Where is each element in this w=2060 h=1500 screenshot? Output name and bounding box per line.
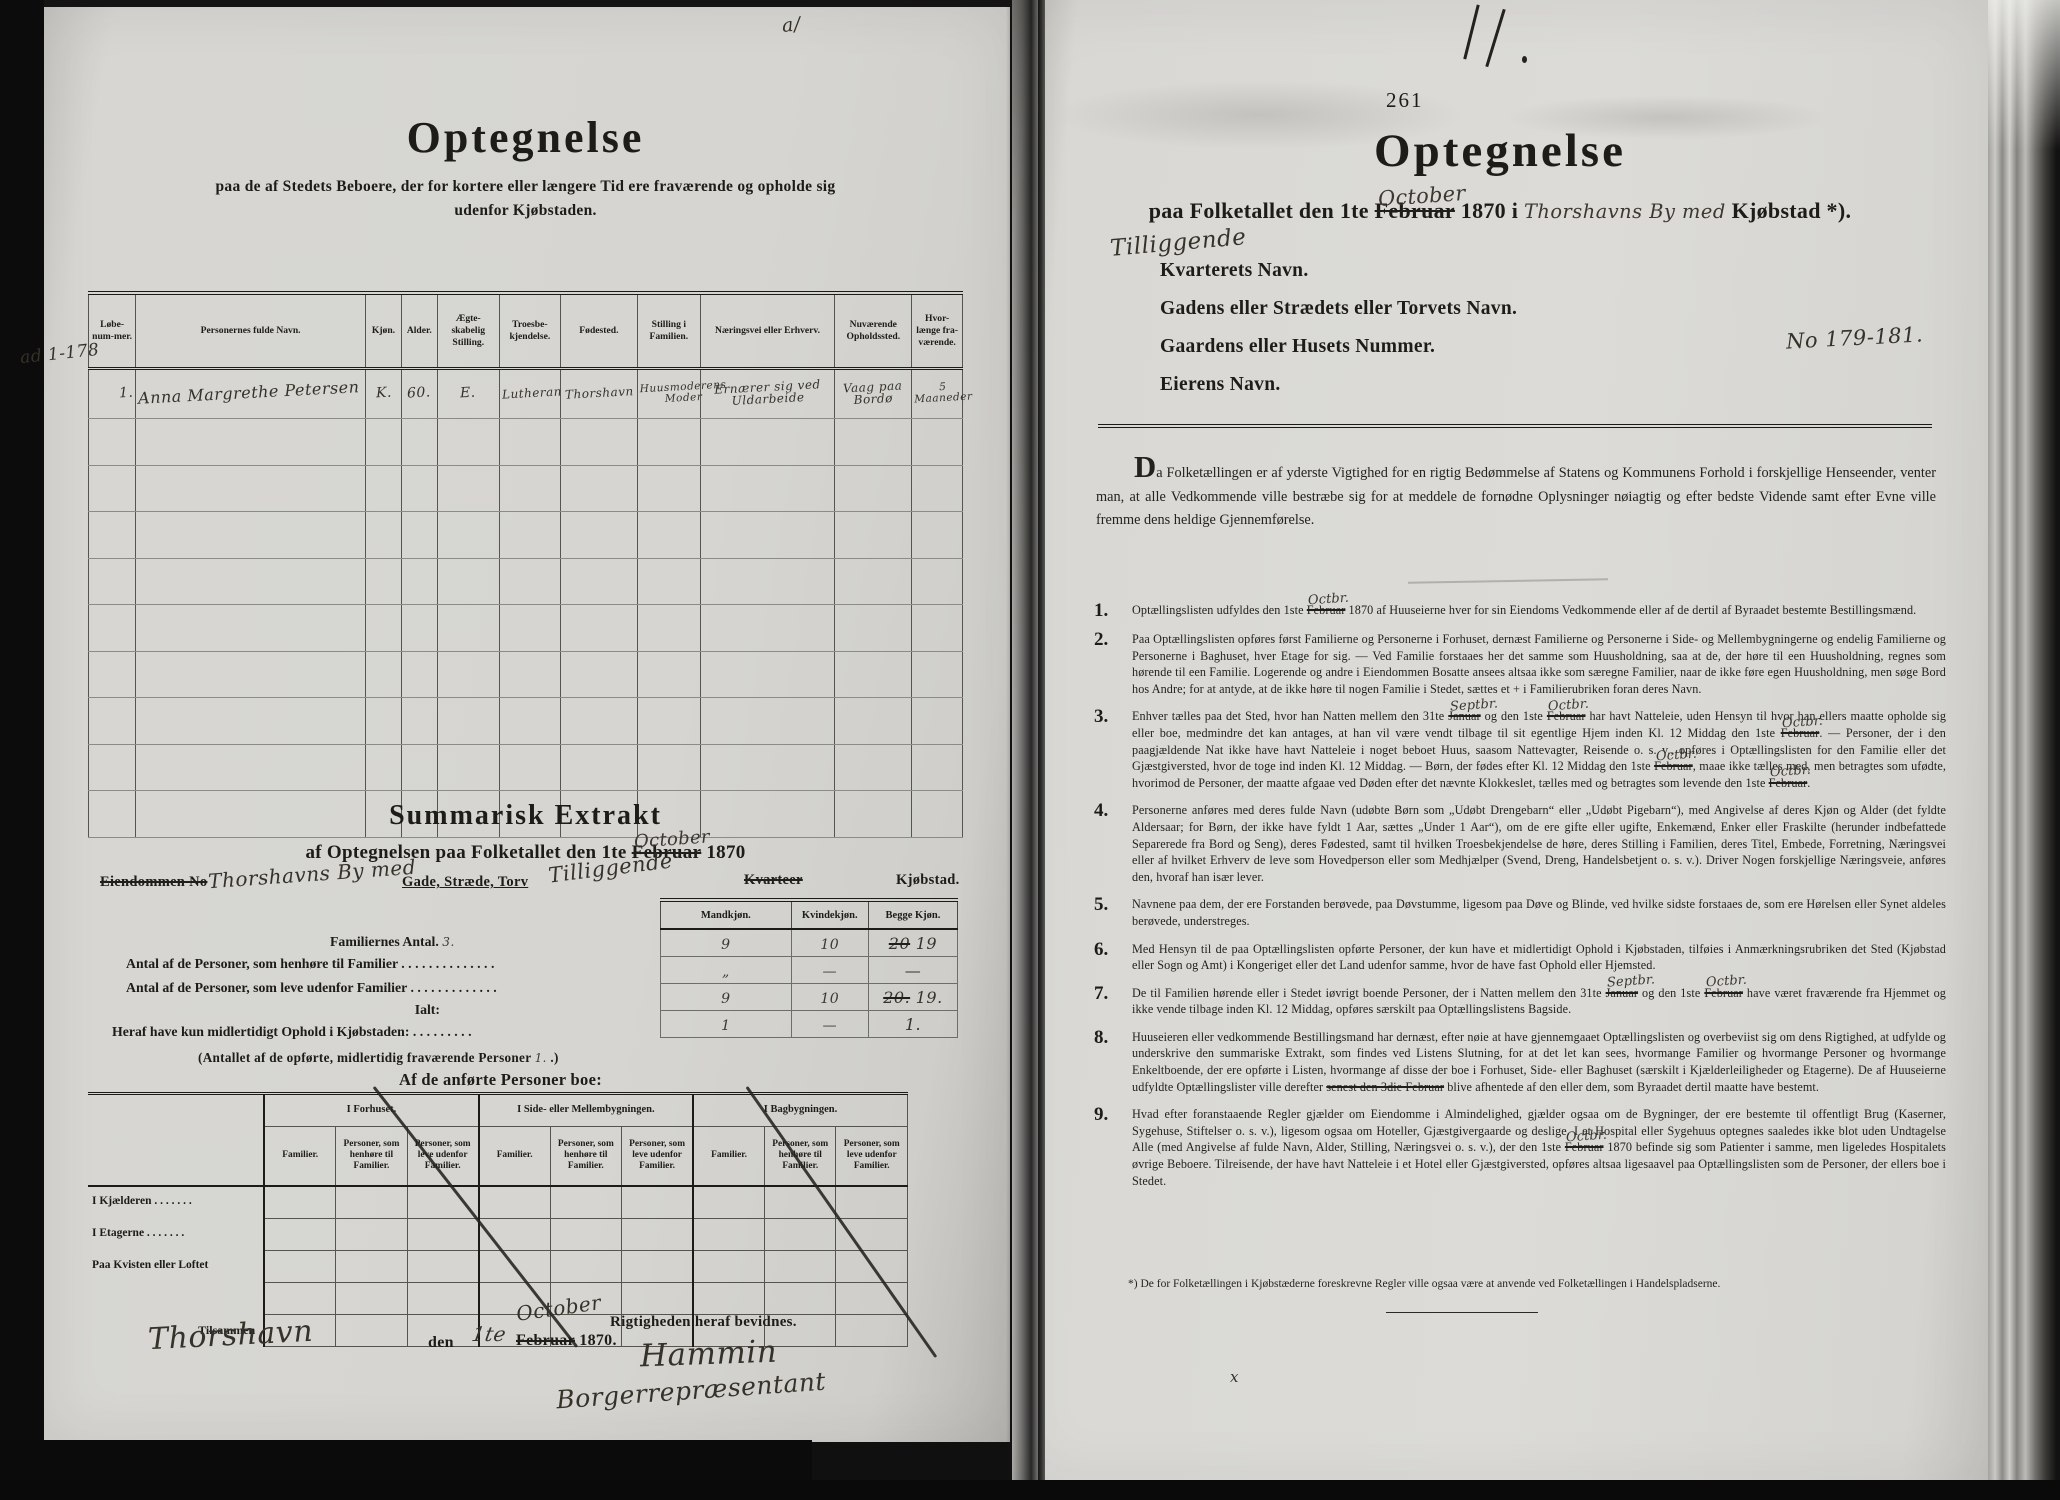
census-empty-cell xyxy=(401,605,437,652)
census-empty-cell xyxy=(560,512,637,559)
housing-cell xyxy=(622,1250,693,1282)
census-empty-cell xyxy=(560,698,637,745)
mini-header-mandkjon: Mandkjøn. xyxy=(661,900,792,929)
date-day-handwritten: 1te xyxy=(470,1322,508,1346)
fold-line xyxy=(1038,0,1045,1486)
census-empty-row xyxy=(89,698,963,745)
census-empty-cell xyxy=(89,698,136,745)
census-empty-cell xyxy=(89,419,136,466)
census-empty-cell xyxy=(835,744,912,791)
housing-cell xyxy=(264,1218,335,1250)
instruction-text: Huuseieren eller vedkommende Bestillings… xyxy=(1132,1029,1946,1095)
census-empty-cell xyxy=(401,558,437,605)
housing-cell xyxy=(407,1218,478,1250)
census-empty-cell xyxy=(835,605,912,652)
housing-cell xyxy=(336,1186,407,1219)
census-header-aegteskabelig: Ægte-skabelig Stilling. xyxy=(437,293,499,369)
left-page-subtitle-line2: udenfor Kjøbstaden. xyxy=(88,202,963,220)
instru ction-number: 3. xyxy=(1094,708,1132,791)
intro-paragraph: Da Folketællingen er af yderste Vigtighe… xyxy=(1096,456,1936,533)
summary-mini-table: Mandkjøn. Kvindekjøn. Begge Kjøn. 9 10 2… xyxy=(660,898,958,1038)
census-empty-cell xyxy=(437,512,499,559)
housing-sub-henhore: Personer, som henhøre til Familier. xyxy=(550,1126,621,1186)
census-empty-cell xyxy=(560,651,637,698)
housing-rowlabel: I Kjælderen . . . . . . . xyxy=(88,1186,264,1219)
census-empty-cell xyxy=(912,744,963,791)
page-number: 261 xyxy=(1386,88,1424,113)
census-empty-cell xyxy=(700,605,835,652)
census-empty-cell xyxy=(835,419,912,466)
mini-header-row: Mandkjøn. Kvindekjøn. Begge Kjøn. xyxy=(661,900,958,929)
census-empty-cell xyxy=(637,512,700,559)
extract-subtitle: af Optegnelsen paa Folketallet den 1te O… xyxy=(88,842,963,864)
housing-group-forhuset: I Forhuset. xyxy=(264,1094,478,1127)
census-table: Løbe-num-mer. Personernes fulde Navn. Kj… xyxy=(88,291,963,838)
instruction-text: Paa Optællingslisten opføres først Famil… xyxy=(1132,631,1946,697)
mini-header-beggekjon: Begge Kjøn. xyxy=(868,900,957,929)
instruction-text: Med Hensyn til de paa Optællingslisten o… xyxy=(1132,941,1946,974)
census-empty-cell xyxy=(89,744,136,791)
instruction-number: 7. xyxy=(1094,985,1132,1018)
housing-row-kvisten: Paa Kvisten eller Loftet xyxy=(88,1250,908,1282)
housing-heading: Af de anførte Personer boe: xyxy=(63,1070,938,1090)
census-empty-cell xyxy=(637,465,700,512)
census-empty-cell xyxy=(499,419,560,466)
census-empty-cell xyxy=(637,605,700,652)
absent-persons-paren-line: (Antallet af de opførte, midlertidig fra… xyxy=(198,1050,559,1066)
field-eierens-navn: Eierens Navn. xyxy=(1160,374,1281,396)
census-empty-cell xyxy=(136,605,366,652)
housing-cell xyxy=(336,1282,407,1314)
census-empty-cell xyxy=(560,744,637,791)
housing-cell xyxy=(550,1186,621,1219)
instruction-number: 2. xyxy=(1094,631,1132,697)
housing-rowlabel: Paa Kvisten eller Loftet xyxy=(88,1250,264,1282)
instruction-number: 8. xyxy=(1094,1029,1132,1095)
housing-corner-cell xyxy=(88,1126,264,1186)
census-empty-row xyxy=(89,512,963,559)
housing-cell xyxy=(622,1282,693,1314)
scan-bottom-edge xyxy=(0,1480,2060,1500)
census-header-alder: Alder. xyxy=(401,293,437,369)
housing-group-header-row: I Forhuset. I Side- eller Mellembygninge… xyxy=(88,1094,908,1127)
scan-left-edge xyxy=(0,0,44,1500)
census-empty-cell xyxy=(366,605,402,652)
census-empty-cell xyxy=(835,698,912,745)
instruction-item: 4. Personerne anføres med deres fulde Na… xyxy=(1094,802,1946,885)
instruction-item: 6. Med Hensyn til de paa Optællingsliste… xyxy=(1094,941,1946,974)
mini-row-temporary: 1 — 1. xyxy=(661,1011,958,1038)
mini-cell: 1 xyxy=(661,1011,792,1038)
census-empty-cell xyxy=(401,465,437,512)
census-empty-cell xyxy=(437,744,499,791)
census-empty-cell xyxy=(437,651,499,698)
census-empty-cell xyxy=(499,605,560,652)
kvarteer-label-struck: Kvarteer xyxy=(744,872,803,889)
housing-table: I Forhuset. I Side- eller Mellembygninge… xyxy=(88,1092,908,1347)
housing-cell xyxy=(622,1186,693,1219)
mini-row-total: 9 10 20. 19. xyxy=(661,984,958,1011)
census-date-line: paa Folketallet den 1te OctoberFebruar 1… xyxy=(1060,198,1940,224)
census-entry-row: 1. Anna Margrethe Petersen K. 60. E. Lut… xyxy=(89,369,963,419)
census-empty-cell xyxy=(437,558,499,605)
instruction-text: Navnene paa dem, der ere Forstanden berø… xyxy=(1132,896,1946,929)
census-empty-row xyxy=(89,558,963,605)
housing-cell xyxy=(693,1250,764,1282)
left-page-title: Optegnelse xyxy=(88,112,963,163)
housing-rowlabel: I Etagerne . . . . . . . xyxy=(88,1218,264,1250)
instruction-item: 2. Paa Optællingslisten opføres først Fa… xyxy=(1094,631,1946,697)
total-label: Ialt: xyxy=(300,1002,440,1018)
census-empty-cell xyxy=(499,558,560,605)
field-kvarterets-navn: Kvarterets Navn. xyxy=(1160,260,1309,282)
census-header-navn: Personernes fulde Navn. xyxy=(136,293,366,369)
section-rule xyxy=(1098,424,1932,428)
housing-cell xyxy=(765,1218,836,1250)
instructions-list: 1. Optællingslisten udfyldes den 1ste Oc… xyxy=(1094,602,1946,1200)
census-empty-cell xyxy=(637,744,700,791)
census-empty-cell xyxy=(560,558,637,605)
mini-cell: „ xyxy=(661,957,792,984)
date-printed-month-year: Februar 1870. xyxy=(516,1332,617,1350)
entry-absence: 5 Maaneder xyxy=(914,381,973,405)
census-empty-cell xyxy=(366,558,402,605)
census-empty-cell xyxy=(700,512,835,559)
census-body: 1. Anna Margrethe Petersen K. 60. E. Lut… xyxy=(89,369,963,838)
census-empty-cell xyxy=(700,558,835,605)
census-empty-cell xyxy=(89,558,136,605)
census-empty-cell xyxy=(437,698,499,745)
instruction-text: Optællingslisten udfyldes den 1ste Octbr… xyxy=(1132,602,1946,620)
instruction-number: 4. xyxy=(1094,802,1132,885)
census-empty-cell xyxy=(700,465,835,512)
census-empty-cell xyxy=(499,651,560,698)
census-empty-cell xyxy=(912,698,963,745)
instruction-number: 6. xyxy=(1094,941,1132,974)
housing-cell xyxy=(407,1250,478,1282)
census-empty-cell xyxy=(366,419,402,466)
instruction-item: 5. Navnene paa dem, der ere Forstanden b… xyxy=(1094,896,1946,929)
census-empty-cell xyxy=(835,512,912,559)
entry-residence: Vaag paa Bordø xyxy=(837,379,910,407)
census-empty-cell xyxy=(912,651,963,698)
census-empty-cell xyxy=(136,744,366,791)
instruction-item: 8. Huuseieren eller vedkommende Bestilli… xyxy=(1094,1029,1946,1095)
housing-group-bagbygning: I Bagbygningen. xyxy=(693,1094,907,1127)
families-count-line: Familiernes Antal. 3. xyxy=(330,934,455,950)
census-empty-cell xyxy=(437,605,499,652)
instruction-text: Enhver tælles paa det Sted, hvor han Nat… xyxy=(1132,708,1946,791)
housing-sub-udenfor: Personer, som leve udenfor Familier. xyxy=(836,1126,908,1186)
census-empty-row xyxy=(89,465,963,512)
census-header-lobenummer: Løbe-num-mer. xyxy=(89,293,136,369)
census-empty-cell xyxy=(401,744,437,791)
census-empty-cell xyxy=(401,698,437,745)
census-empty-cell xyxy=(366,744,402,791)
housing-cell xyxy=(407,1186,478,1219)
census-empty-cell xyxy=(366,465,402,512)
scanned-census-document: Optegnelse paa de af Stedets Beboere, de… xyxy=(0,0,2060,1500)
census-empty-cell xyxy=(700,651,835,698)
left-page-subtitle-line1: paa de af Stedets Beboere, der for korte… xyxy=(88,178,963,196)
gade-straede-torv-label: Gade, Stræde, Torv xyxy=(402,874,528,891)
census-header-fodested: Fødested. xyxy=(560,293,637,369)
entry-occupation: Ernærer sig ved Uldarbeide xyxy=(702,377,833,408)
census-empty-cell xyxy=(560,605,637,652)
instruction-text: Hvad efter foranstaaende Regler gjælder … xyxy=(1132,1106,1946,1189)
housing-row-blank xyxy=(88,1282,908,1314)
census-empty-cell xyxy=(366,512,402,559)
mini-cell: 10 xyxy=(791,929,868,957)
mini-cell: — xyxy=(868,957,957,984)
page-stack-highlight xyxy=(1988,0,2060,150)
housing-cell xyxy=(336,1314,407,1346)
census-empty-cell xyxy=(401,512,437,559)
mini-cell: — xyxy=(791,957,868,984)
persons-outside-families-line: Antal af de Personer, som leve udenfor F… xyxy=(126,980,497,996)
census-empty-cell xyxy=(366,698,402,745)
mini-header-kvindekjon: Kvindekjøn. xyxy=(791,900,868,929)
census-header-row: Løbe-num-mer. Personernes fulde Navn. Kj… xyxy=(89,293,963,369)
census-empty-cell xyxy=(637,419,700,466)
census-empty-row xyxy=(89,605,963,652)
census-empty-cell xyxy=(136,651,366,698)
census-empty-cell xyxy=(437,419,499,466)
housing-corner-cell xyxy=(88,1094,264,1127)
housing-cell xyxy=(264,1250,335,1282)
housing-cell xyxy=(693,1186,764,1219)
census-empty-cell xyxy=(401,419,437,466)
housing-cell xyxy=(693,1218,764,1250)
housing-cell xyxy=(765,1282,836,1314)
housing-cell xyxy=(622,1218,693,1250)
housing-sub-familier: Familier. xyxy=(479,1126,550,1186)
mini-cell: — xyxy=(791,1011,868,1038)
mini-cell: 10 xyxy=(791,984,868,1011)
mini-cell: 20 19 xyxy=(868,929,957,957)
census-empty-cell xyxy=(499,465,560,512)
housing-cell xyxy=(336,1218,407,1250)
census-empty-cell xyxy=(912,558,963,605)
scan-top-edge xyxy=(44,0,1010,7)
instruction-item: 9. Hvad efter foranstaaende Regler gjæld… xyxy=(1094,1106,1946,1189)
census-empty-cell xyxy=(136,698,366,745)
footnote-rule xyxy=(1386,1312,1538,1313)
census-empty-cell xyxy=(560,419,637,466)
extract-heading: Summarisk Extrakt xyxy=(88,800,963,832)
census-empty-cell xyxy=(499,698,560,745)
mini-cell: 20. 19. xyxy=(868,984,957,1011)
census-empty-cell xyxy=(912,605,963,652)
census-empty-cell xyxy=(89,651,136,698)
field-husets-nummer: Gaardens eller Husets Nummer. xyxy=(1160,336,1435,358)
census-empty-cell xyxy=(89,512,136,559)
census-empty-cell xyxy=(835,465,912,512)
census-empty-row xyxy=(89,651,963,698)
book-gutter-shadow xyxy=(1006,0,1042,1488)
census-empty-cell xyxy=(89,465,136,512)
housing-rowlabel xyxy=(88,1282,264,1314)
bottom-pen-mark: x xyxy=(1230,1368,1239,1386)
temporary-stay-line: Heraf have kun midlertidigt Ophold i Kjø… xyxy=(112,1024,472,1040)
housing-cell xyxy=(550,1250,621,1282)
mini-row-in-families: 9 10 20 19 xyxy=(661,929,958,957)
footnote: *) De for Folketællingen i Kjøbstæderne … xyxy=(1128,1278,1928,1290)
instruction-number: 5. xyxy=(1094,896,1132,929)
housing-cell xyxy=(836,1314,908,1346)
census-empty-cell xyxy=(637,651,700,698)
mini-cell: 9 xyxy=(661,929,792,957)
census-empty-cell xyxy=(401,651,437,698)
census-empty-cell xyxy=(835,651,912,698)
housing-row-kjaelderen: I Kjælderen . . . . . . . xyxy=(88,1186,908,1219)
mini-row-outside-families: „ — — xyxy=(661,957,958,984)
housing-cell xyxy=(407,1282,478,1314)
housing-sub-udenfor: Personer, som leve udenfor Familier. xyxy=(622,1126,693,1186)
instruction-text: De til Familien hørende eller i Stedet i… xyxy=(1132,985,1946,1018)
housing-sub-familier: Familier. xyxy=(693,1126,764,1186)
census-empty-cell xyxy=(89,605,136,652)
mini-cell: 9 xyxy=(661,984,792,1011)
date-den-label: den xyxy=(428,1334,454,1352)
census-empty-cell xyxy=(912,512,963,559)
instruction-item: 7. De til Familien hørende eller i Stede… xyxy=(1094,985,1946,1018)
census-empty-cell xyxy=(560,465,637,512)
instruction-item: 3. Enhver tælles paa det Sted, hvor han … xyxy=(1094,708,1946,791)
census-header-fravaerende: Hvor-længe fra-værende. xyxy=(912,293,963,369)
page-stack-edge xyxy=(1988,0,2060,1500)
census-empty-cell xyxy=(136,558,366,605)
instruction-number: 1. xyxy=(1094,602,1132,620)
census-empty-cell xyxy=(136,465,366,512)
entry-name: Anna Margrethe Petersen xyxy=(138,379,360,407)
census-header-stilling: Stilling i Familien. xyxy=(637,293,700,369)
housing-subheader-row: Familier. Personer, som henhøre til Fami… xyxy=(88,1126,908,1186)
census-header-opholdssted: Nuværende Opholdssted. xyxy=(835,293,912,369)
census-empty-cell xyxy=(437,465,499,512)
housing-cell xyxy=(550,1218,621,1250)
census-empty-cell xyxy=(637,558,700,605)
pen-mark xyxy=(1522,56,1527,63)
census-empty-cell xyxy=(499,744,560,791)
instruction-text: Personerne anføres med deres fulde Navn … xyxy=(1132,802,1946,885)
housing-group-mellembygning: I Side- eller Mellembygningen. xyxy=(479,1094,693,1127)
housing-cell xyxy=(264,1282,335,1314)
census-header-naeringsvei: Næringsvei eller Erhverv. xyxy=(700,293,835,369)
entry-age: 60. xyxy=(407,385,431,400)
entry-marital: E. xyxy=(460,386,476,401)
housing-cell xyxy=(693,1282,764,1314)
census-empty-row xyxy=(89,744,963,791)
census-empty-cell xyxy=(700,698,835,745)
census-header-troesbekjendelse: Troesbe-kjendelse. xyxy=(499,293,560,369)
signer-name-signature: Hammin xyxy=(639,1334,777,1375)
housing-sub-henhore: Personer, som henhøre til Familier. xyxy=(336,1126,407,1186)
mini-cell: 1. xyxy=(868,1011,957,1038)
census-empty-cell xyxy=(700,744,835,791)
census-empty-cell xyxy=(136,512,366,559)
instruction-item: 1. Optællingslisten udfyldes den 1ste Oc… xyxy=(1094,602,1946,620)
field-gadens-navn: Gadens eller Strædets eller Torvets Navn… xyxy=(1160,298,1517,320)
housing-cell xyxy=(264,1186,335,1219)
census-empty-row xyxy=(89,419,963,466)
housing-cell xyxy=(765,1250,836,1282)
entry-birthplace: Thorshavn xyxy=(564,385,633,401)
census-empty-cell xyxy=(835,558,912,605)
census-empty-cell xyxy=(700,419,835,466)
census-empty-cell xyxy=(366,651,402,698)
census-empty-cell xyxy=(637,698,700,745)
housing-cell xyxy=(479,1186,550,1219)
attestation-label: Rigtigheden heraf bevidnes. xyxy=(610,1314,797,1331)
entry-sex: K. xyxy=(375,386,392,401)
housing-cell xyxy=(836,1186,908,1219)
census-empty-cell xyxy=(912,419,963,466)
census-empty-cell xyxy=(499,512,560,559)
right-page-title: Optegnelse xyxy=(1060,124,1940,178)
entry-number: 1. xyxy=(118,386,133,401)
housing-sub-familier: Familier. xyxy=(264,1126,335,1186)
entry-creed: Lutheran xyxy=(501,385,562,400)
census-empty-cell xyxy=(136,419,366,466)
census-header-kjon: Kjøn. xyxy=(366,293,402,369)
gutter-pen-mark: a/ xyxy=(781,13,802,37)
census-empty-cell xyxy=(912,465,963,512)
kjobstad-label: Kjøbstad. xyxy=(896,872,960,889)
housing-sub-henhore: Personer, som henhøre til Familier. xyxy=(765,1126,836,1186)
housing-cell xyxy=(836,1218,908,1250)
eiendommen-label-struck: Eiendommen No xyxy=(100,874,207,891)
instruction-number: 9. xyxy=(1094,1106,1132,1189)
persons-in-families-line: Antal af de Personer, som henhøre til Fa… xyxy=(126,956,494,972)
housing-cell xyxy=(336,1250,407,1282)
